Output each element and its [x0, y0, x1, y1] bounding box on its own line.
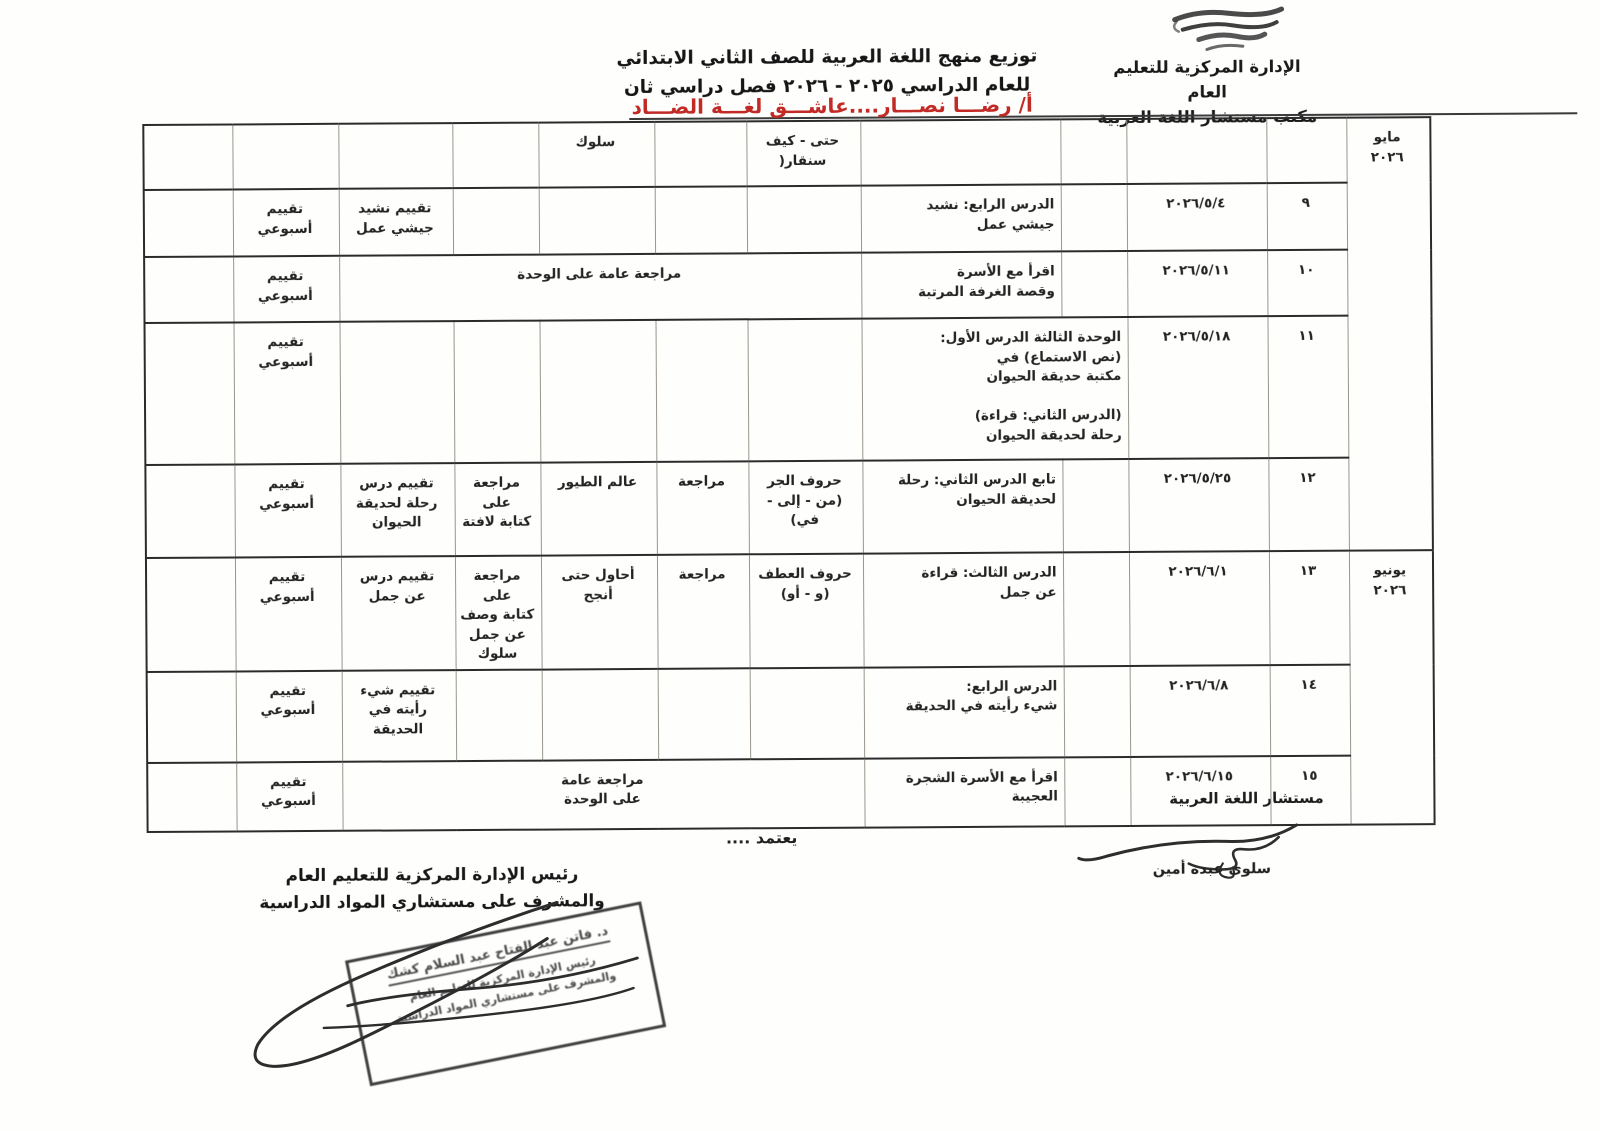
notes-cell	[145, 322, 235, 465]
review-cell: مراجعة	[656, 461, 749, 555]
table-row: ٩ ٢٠٢٦/٥/٤ الدرس الرابع: نشيد جيشي عمل ت…	[144, 182, 1431, 257]
scan-content: الإدارة المركزية للتعليم العام مكتب مستش…	[0, 0, 1600, 1131]
week-number-cell: ١٣	[1269, 551, 1350, 665]
extra-cell: سلوك	[538, 122, 654, 188]
notes-cell	[146, 557, 236, 671]
notes-cell	[145, 464, 235, 558]
date-cell: ٢٠٢٦/٥/١١	[1127, 250, 1267, 317]
weekly-eval-cell: تقييم أسبوعي	[234, 464, 341, 558]
review-cell	[655, 319, 748, 462]
notes-cell	[147, 671, 237, 763]
curriculum-table: مايو ٢٠٢٦ حتى - كيف سنقار( سلوك ٩	[142, 116, 1435, 833]
grammar-cell	[747, 319, 862, 462]
extra-cell	[539, 320, 656, 463]
teacher-annotation: أ/ رضـــا نصـــار....عاشـــق لغـــة الضـ…	[597, 92, 1067, 119]
spacer-cell	[1060, 119, 1126, 184]
week-number-cell: ١٠	[1267, 250, 1347, 316]
table-row: مايو ٢٠٢٦ حتى - كيف سنقار( سلوك	[143, 117, 1430, 190]
lesson-eval-cell: تقييم درس عن جمل	[341, 556, 456, 671]
writing-review-cell: مراجعة على كتابة لافتة	[454, 463, 541, 557]
table-row: ١٠ ٢٠٢٦/٥/١١ اقرأ مع الأسرة وقصة الغرفة …	[144, 249, 1431, 323]
spacer-cell	[1061, 251, 1127, 317]
weekly-eval-cell	[232, 124, 338, 190]
week-number-cell: ١٥	[1270, 755, 1350, 824]
lesson-cell: اقرأ مع الأسرة الشجرة العجيبة	[864, 757, 1064, 827]
extra-cell: أحاول حتى أنجح	[541, 555, 658, 670]
lesson-cell: الدرس الرابع: شيء رأيته في الحديقة	[864, 666, 1065, 758]
extra-cell	[542, 669, 659, 761]
date-cell: ٢٠٢٦/٥/٢٥	[1128, 458, 1269, 552]
grammar-cell: حتى - كيف سنقار(	[746, 121, 860, 187]
table-row: ١٤ ٢٠٢٦/٦/٨ الدرس الرابع: شيء رأيته في ا…	[147, 664, 1435, 763]
weekly-eval-cell: تقييم أسبوعي	[234, 322, 341, 465]
title-line1: توزيع منهج اللغة العربية للصف الثاني الا…	[587, 42, 1067, 74]
weekly-eval-cell: تقييم أسبوعي	[233, 256, 339, 323]
spacer-cell	[1064, 666, 1131, 757]
consultant-name: سلوى عبده أمين	[1142, 861, 1282, 878]
weekly-eval-cell: تقييم أسبوعي	[236, 671, 343, 763]
review-cell: مراجعة	[657, 554, 750, 668]
week-number-cell: ٩	[1267, 183, 1347, 250]
weekly-eval-cell: تقييم أسبوعي	[233, 189, 339, 257]
date-cell: ٢٠٢٦/٥/١٨	[1127, 316, 1268, 459]
general-review-cell: مراجعة عامة على الوحدة	[339, 253, 861, 322]
ministry-emblem-icon	[1147, 5, 1307, 58]
chief-signature-icon	[227, 876, 698, 1089]
lesson-eval-cell	[338, 123, 452, 189]
week-number-cell: ١٢	[1268, 458, 1349, 551]
writing-review-cell	[454, 321, 541, 464]
month-cell-may: مايو ٢٠٢٦	[1346, 117, 1433, 551]
approval-label: يعتمد ....	[702, 828, 822, 848]
review-cell	[655, 186, 747, 254]
notes-cell	[143, 124, 232, 190]
weekly-eval-cell: تقييم أسبوعي	[236, 762, 342, 832]
general-review-cell: مراجعة عامة على الوحدة	[342, 758, 864, 830]
spacer-cell	[1061, 184, 1127, 251]
lesson-eval-cell: تقييم درس رحلة لحديقة الحيوان	[340, 463, 455, 557]
writing-review-cell	[456, 669, 543, 761]
spacer-cell	[1062, 459, 1129, 552]
extra-cell: عالم الطيور	[540, 462, 657, 556]
lesson-eval-cell: تقييم نشيد جيشي عمل	[339, 188, 453, 256]
review-cell	[658, 668, 751, 760]
lesson-cell: الدرس الرابع: نشيد جيشي عمل	[861, 184, 1061, 252]
table-row: ١٢ ٢٠٢٦/٥/٢٥ تابع الدرس الثاني: رحلة لحد…	[145, 457, 1433, 558]
spacer-cell	[1064, 757, 1130, 826]
notes-cell	[144, 189, 233, 257]
week-number-cell: ١٤	[1270, 664, 1351, 755]
table-row: ١١ ٢٠٢٦/٥/١٨ الوحدة الثالثة الدرس الأول:…	[145, 315, 1433, 465]
writing-review-cell	[453, 188, 539, 256]
grammar-cell	[750, 667, 865, 759]
grammar-cell: حروف العطف (و - أو)	[749, 554, 864, 669]
date-cell: ٢٠٢٦/٥/٤	[1127, 183, 1267, 251]
lesson-cell: الوحدة الثالثة الدرس الأول: (نص الاستماع…	[861, 317, 1128, 461]
weekly-eval-cell: تقييم أسبوعي	[235, 557, 342, 671]
extra-cell	[539, 187, 655, 255]
lesson-eval-cell: تقييم شيء رأيته في الحديقة	[342, 670, 457, 762]
spacer-cell	[1063, 552, 1130, 666]
date-cell: ٢٠٢٦/٦/٨	[1130, 665, 1271, 757]
lesson-cell: الدرس الثالث: قراءة عن جمل	[863, 552, 1064, 667]
week-number-cell	[1266, 118, 1346, 183]
date-cell: ٢٠٢٦/٦/١	[1129, 551, 1270, 666]
scanned-document-page: الإدارة المركزية للتعليم العام مكتب مستش…	[0, 0, 1600, 1131]
month-cell-june: يونيو ٢٠٢٦	[1349, 550, 1435, 824]
table-row: ١٥ ٢٠٢٦/٦/١٥ اقرأ مع الأسرة الشجرة العجي…	[147, 755, 1434, 832]
grammar-cell: حروف الجر (من - إلى - في)	[748, 461, 863, 555]
grammar-cell	[747, 186, 861, 254]
lesson-cell	[860, 119, 1060, 185]
review-cell	[654, 121, 746, 187]
notes-cell	[144, 256, 233, 323]
notes-cell	[147, 762, 236, 832]
lesson-cell: اقرأ مع الأسرة وقصة الغرفة المرتبة	[861, 251, 1061, 318]
lesson-eval-cell	[340, 321, 455, 464]
writing-review-cell	[452, 123, 538, 189]
date-cell	[1126, 118, 1266, 184]
date-cell: ٢٠٢٦/٦/١٥	[1130, 756, 1270, 826]
lesson-cell: تابع الدرس الثاني: رحلة لحديقة الحيوان	[862, 459, 1063, 553]
agency-line1: الإدارة المركزية للتعليم العام	[1092, 55, 1322, 106]
writing-review-cell: مراجعة على كتابة وصف عن جمل سلوك	[455, 556, 542, 670]
week-number-cell: ١١	[1267, 316, 1348, 458]
table-row: يونيو ٢٠٢٦ ١٣ ٢٠٢٦/٦/١ الدرس الثالث: قرا…	[146, 550, 1434, 672]
